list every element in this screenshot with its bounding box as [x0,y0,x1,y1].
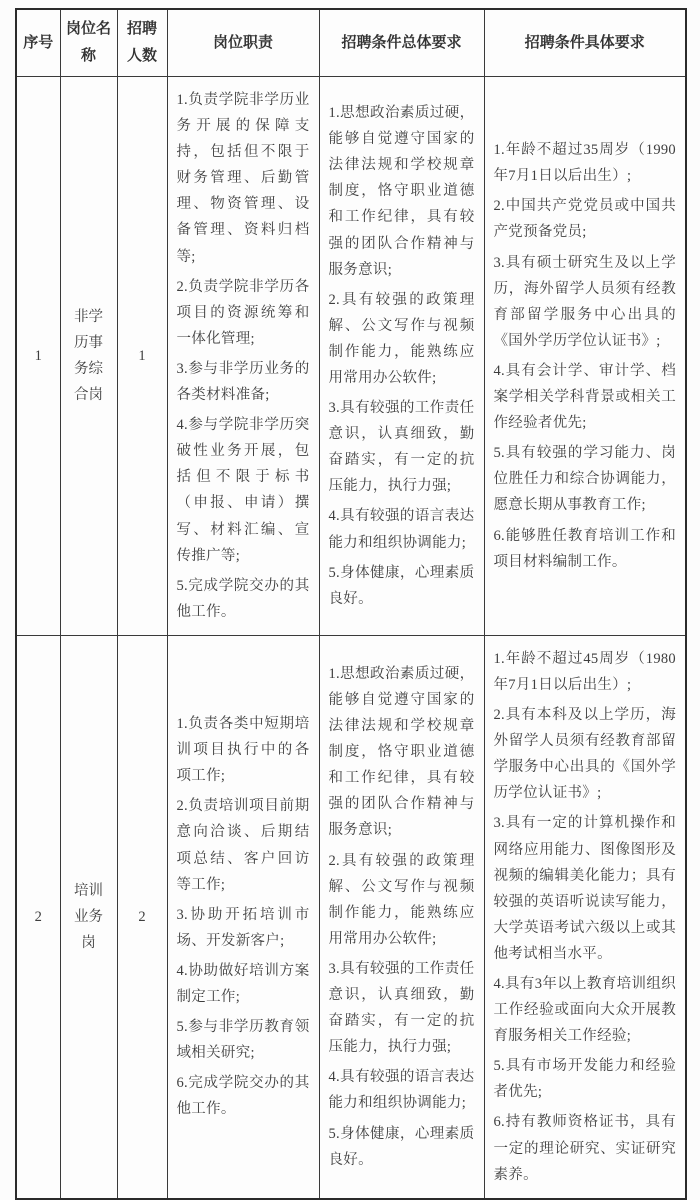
requirement-item: 2.具有较强的政策理解、公文写作与视频制作能力，能熟练应用常用办公软件; [329,287,475,391]
header-job-duties: 岗位职责 [167,9,319,77]
requirement-item: 5.具有较强的学习能力、岗位胜任力和综合协调能力，愿意长期从事教育工作; [494,440,677,518]
cell-row2-job-duties: 1.负责各类中短期培训项目执行中的各项工作;2.负责培训项目前期意向洽谈、后期结… [167,635,319,1198]
requirement-item: 2.具有较强的政策理解、公文写作与视频制作能力，能熟练应用常用办公软件; [329,848,475,952]
requirement-item: 5.参与非学历教育领域相关研究; [177,1014,310,1066]
requirement-item: 5.完成学院交办的其他工作。 [177,573,310,625]
requirement-item: 3.具有较强的工作责任意识，认真细致，勤奋踏实，有一定的抗压能力，执行力强; [329,956,475,1060]
requirement-item: 2.具有本科及以上学历，海外留学人员须有经教育部留学服务中心出具的《国外学历学位… [494,702,677,806]
header-general-requirements: 招聘条件总体要求 [319,9,484,77]
requirement-item: 3.具有硕士研究生及以上学历，海外留学人员须有经教育部留学服务中心出具的《国外学… [494,250,677,354]
cell-row1-position-name: 非学历事务综合岗 [60,77,117,636]
requirement-item: 6.能够胜任教育培训工作和项目材料编制工作。 [494,523,677,575]
cell-row1-recruit-count: 1 [117,77,167,636]
requirement-item: 4.参与学院非学历突破性业务开展，包括但不限于标书（申报、申请）撰写、材料汇编、… [177,412,310,569]
requirement-item: 2.负责学院非学历各项目的资源统筹和一体化管理; [177,274,310,352]
page-background: 序号 岗位名称 招聘人数 岗位职责 招聘条件总体要求 招聘条件具体要求 1 非学… [0,0,700,1156]
requirement-item: 5.身体健康，心理素质良好。 [329,1121,475,1173]
requirement-item: 1.负责各类中短期培训项目执行中的各项工作; [177,711,310,789]
table-row-position-2: 2 培训业务岗 2 1.负责各类中短期培训项目执行中的各项工作;2.负责培训项目… [16,635,686,1198]
cell-row1-job-duties: 1.负责学院非学历业务开展的保障支持，包括但不限于财务管理、后勤管理、物资管理、… [167,77,319,636]
requirement-item: 4.协助做好培训方案制定工作; [177,958,310,1010]
requirement-item: 4.具有会计学、审计学、档案学相关学科背景或相关工作经验者优先; [494,358,677,436]
table-header-row: 序号 岗位名称 招聘人数 岗位职责 招聘条件总体要求 招聘条件具体要求 [16,9,686,77]
header-serial-number: 序号 [16,9,60,77]
cell-row2-specific-requirements: 1.年龄不超过45周岁（1980年7月1日以后出生）;2.具有本科及以上学历，海… [484,635,686,1198]
cell-row2-recruit-count: 2 [117,635,167,1198]
header-recruit-count: 招聘人数 [117,9,167,77]
header-specific-requirements: 招聘条件具体要求 [484,9,686,77]
recruitment-table: 序号 岗位名称 招聘人数 岗位职责 招聘条件总体要求 招聘条件具体要求 1 非学… [15,8,687,1200]
requirement-item: 5.具有市场开发能力和经验者优先; [494,1053,677,1105]
requirement-item: 1.年龄不超过45周岁（1980年7月1日以后出生）; [494,646,677,698]
cell-row2-position-name: 培训业务岗 [60,635,117,1198]
cell-row1-general-requirements: 1.思想政治素质过硬，能够自觉遵守国家的法律法规和学校规章制度，恪守职业道德和工… [319,77,484,636]
requirement-item: 6.持有教师资格证书，具有一定的理论研究、实证研究素养。 [494,1109,677,1187]
table-row-position-1: 1 非学历事务综合岗 1 1.负责学院非学历业务开展的保障支持，包括但不限于财务… [16,77,686,636]
requirement-item: 4.具有较强的语言表达能力和组织协调能力; [329,503,475,555]
cell-row1-specific-requirements: 1.年龄不超过35周岁（1990年7月1日以后出生）;2.中国共产党党员或中国共… [484,77,686,636]
cell-row2-serial-number: 2 [16,635,60,1198]
requirement-item: 2.负责培训项目前期意向洽谈、后期结项总结、客户回访等工作; [177,793,310,897]
requirement-item: 6.完成学院交办的其他工作。 [177,1070,310,1122]
requirement-item: 4.具有较强的语言表达能力和组织协调能力; [329,1064,475,1116]
requirement-item: 1.年龄不超过35周岁（1990年7月1日以后出生）; [494,137,677,189]
requirement-item: 4.具有3年以上教育培训组织工作经验或面向大众开展教育服务相关工作经验; [494,971,677,1049]
header-position-name: 岗位名称 [60,9,117,77]
requirement-item: 1.思想政治素质过硬，能够自觉遵守国家的法律法规和学校规章制度，恪守职业道德和工… [329,661,475,844]
requirement-item: 3.协助开拓培训市场、开发新客户; [177,902,310,954]
cell-row1-serial-number: 1 [16,77,60,636]
requirement-item: 3.具有一定的计算机操作和网络应用能力、图像图形及视频的编辑美化能力；具有较强的… [494,810,677,967]
cell-row2-general-requirements: 1.思想政治素质过硬，能够自觉遵守国家的法律法规和学校规章制度，恪守职业道德和工… [319,635,484,1198]
requirement-item: 2.中国共产党党员或中国共产党预备党员; [494,193,677,245]
requirement-item: 3.参与非学历业务的各类材料准备; [177,356,310,408]
requirement-item: 3.具有较强的工作责任意识，认真细致，勤奋踏实，有一定的抗压能力，执行力强; [329,395,475,499]
requirement-item: 1.负责学院非学历业务开展的保障支持，包括但不限于财务管理、后勤管理、物资管理、… [177,87,310,270]
requirement-item: 1.思想政治素质过硬，能够自觉遵守国家的法律法规和学校规章制度，恪守职业道德和工… [329,100,475,283]
requirement-item: 5.身体健康，心理素质良好。 [329,560,475,612]
